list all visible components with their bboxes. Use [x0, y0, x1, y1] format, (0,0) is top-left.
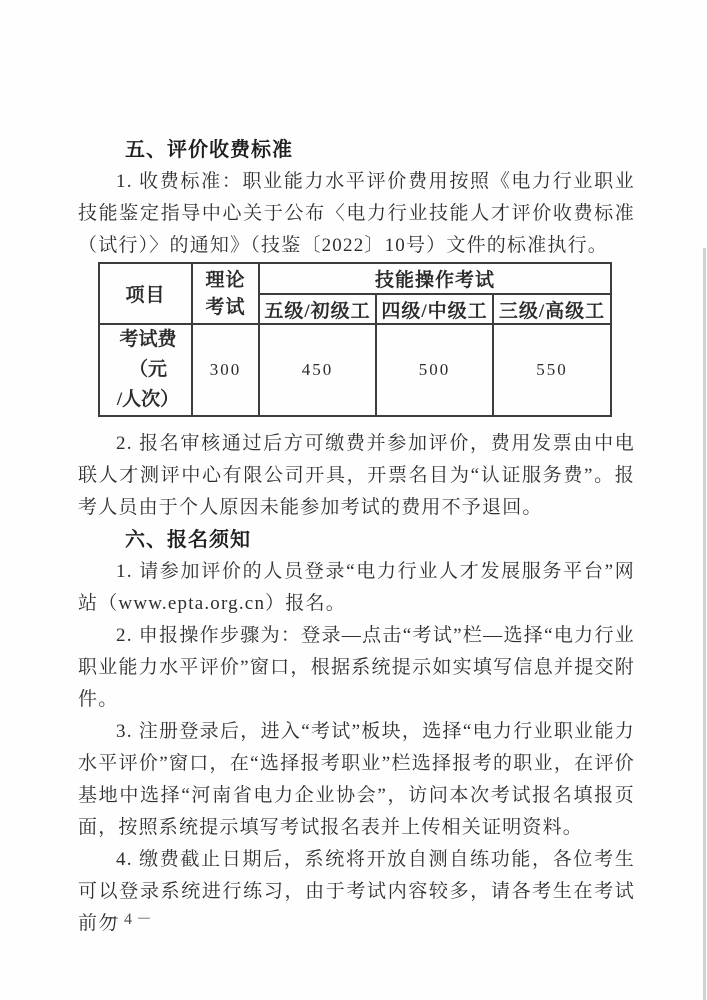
page-number: －4－	[104, 906, 156, 929]
section-6-paragraph-4: 4. 缴费截止日期后，系统将开放自测自练功能，各位考生可以登录系统进行练习，由于…	[78, 844, 635, 940]
fee-table-header-level3: 三级/高级工	[493, 294, 611, 324]
fee-table-row-label-line2: /人次）	[105, 385, 191, 415]
fee-table-row-label: 考试费（元 /人次）	[99, 324, 192, 416]
section-5-paragraph-1: 1. 收费标准：职业能力水平评价费用按照《电力行业职业技能鉴定指导中心关于公布〈…	[78, 166, 635, 262]
fee-table-row-label-line1: 考试费（元	[105, 325, 191, 385]
fee-level3-value: 550	[493, 324, 611, 416]
section-6-paragraph-2: 2. 申报操作步骤为：登录—点击“考试”栏—选择“电力行业职业能力水平评价”窗口…	[78, 620, 635, 716]
fee-table-header-level5: 五级/初级工	[259, 294, 376, 324]
section-6-paragraph-1: 1. 请参加评价的人员登录“电力行业人才发展服务平台”网站（www.epta.o…	[78, 556, 635, 620]
document-body: 五、评价收费标准 1. 收费标准：职业能力水平评价费用按照《电力行业职业技能鉴定…	[78, 134, 635, 940]
fee-level4-value: 500	[376, 324, 493, 416]
fee-table-header-theory-line1: 理论	[193, 267, 258, 294]
section-6-paragraph-3: 3. 注册登录后，进入“考试”板块，选择“电力行业职业能力水平评价”窗口，在“选…	[78, 716, 635, 844]
section-5-heading: 五、评价收费标准	[78, 134, 635, 166]
document-page: 五、评价收费标准 1. 收费标准：职业能力水平评价费用按照《电力行业职业技能鉴定…	[0, 0, 707, 1000]
fee-table: 项目 理论 考试 技能操作考试 五级/初级工 四级/中级工 三级/高级工 考试费…	[98, 262, 612, 417]
scan-edge-artifact	[703, 248, 706, 1000]
fee-table-header-theory: 理论 考试	[192, 263, 259, 324]
fee-table-header-item: 项目	[99, 263, 192, 324]
fee-table-header-level4: 四级/中级工	[376, 294, 493, 324]
fee-level5-value: 450	[259, 324, 376, 416]
fee-theory-value: 300	[192, 324, 259, 416]
fee-table-header-skill-group: 技能操作考试	[259, 263, 611, 294]
section-5-paragraph-2: 2. 报名审核通过后方可缴费并参加评价，费用发票由中电联人才测评中心有限公司开具…	[78, 428, 635, 524]
fee-table-header-theory-line2: 考试	[193, 294, 258, 321]
section-6-heading: 六、报名须知	[78, 524, 635, 556]
fee-table-data-row: 考试费（元 /人次） 300 450 500 550	[99, 324, 611, 416]
fee-table-header-row-1: 项目 理论 考试 技能操作考试	[99, 263, 611, 294]
